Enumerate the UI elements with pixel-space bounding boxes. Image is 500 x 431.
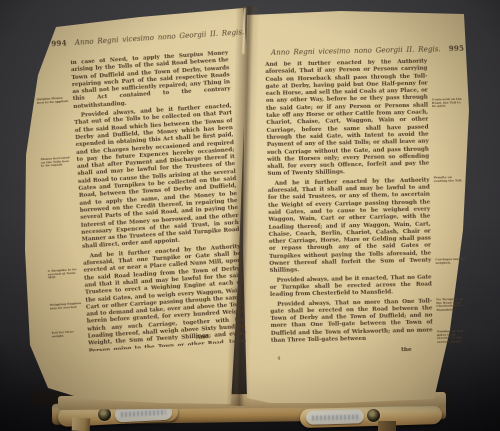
screw-icon: [367, 409, 380, 422]
paragraph: Provided always, and be it further enact…: [74, 103, 240, 251]
sticker-label-right: [306, 409, 364, 425]
right-page-number: 995: [449, 44, 465, 53]
margin-note: Weighing Engines may be erected.: [50, 302, 83, 311]
stand-leg-left: [72, 418, 91, 431]
margin-note: Coals sold on the Road, the Toll to be p…: [432, 98, 464, 109]
margin-note: Money borrowed on the Tolls how to be re…: [40, 156, 73, 168]
signature-mark: 4: [277, 356, 280, 362]
right-running-head-row: Anno Regni vicesimo nono Georgii II. Reg…: [271, 44, 455, 57]
paragraph: And be it further enacted by the Authori…: [268, 177, 432, 275]
left-text-block: in case of Need, to apply the Surplus Mo…: [70, 50, 246, 351]
right-text-block: And be it further enacted by the Authori…: [265, 59, 433, 358]
illegible-writing: [312, 414, 358, 420]
paragraph: And be it further enacted by the Authori…: [83, 244, 247, 352]
right-catchword: the: [401, 347, 412, 353]
right-margin-notes: Coals sold on the Road, the Toll to be p…: [431, 58, 472, 389]
paragraph: Provided always, That no more than One T…: [270, 298, 433, 345]
right-page-content: Anno Regni vicesimo nono Georgii II. Reg…: [246, 6, 476, 411]
left-running-head-row: 994 Anno Regni vicesimo nono Georgii II.…: [51, 28, 229, 48]
left-page-content: 994 Anno Regni vicesimo nono Georgii II.…: [28, 13, 267, 416]
photo-scene: 994 Anno Regni vicesimo nono Georgii II.…: [0, 0, 500, 431]
paragraph: And be it further enacted by the Authori…: [265, 59, 429, 179]
paragraph: in case of Need, to apply the Surplus Mo…: [70, 50, 231, 111]
stand-leg-right: [378, 421, 396, 431]
margin-note: Penalty on evading the Toll.: [434, 176, 466, 184]
left-catchword: And: [196, 334, 209, 341]
margin-note: No Turnpike on the Road from Chesterfiel…: [436, 298, 469, 313]
left-page-number: 994: [51, 38, 67, 48]
margin-note: Toll for Over-weight.: [51, 330, 84, 339]
right-running-head: Anno Regni vicesimo nono Georgii II. Reg…: [271, 44, 441, 57]
margin-note: Number of Toll-gates to be erected on th…: [437, 330, 470, 345]
margin-note: Carriages may be weighed.: [435, 258, 467, 266]
paragraph: Provided always, and be it enacted, That…: [270, 274, 432, 299]
margin-note: A Turnpike to be erected at Nuns Mill.: [48, 268, 81, 280]
margin-note: Surplus Money how to be applied.: [37, 96, 70, 105]
left-running-head: Anno Regni vicesimo nono Georgii II. Reg…: [75, 27, 245, 47]
